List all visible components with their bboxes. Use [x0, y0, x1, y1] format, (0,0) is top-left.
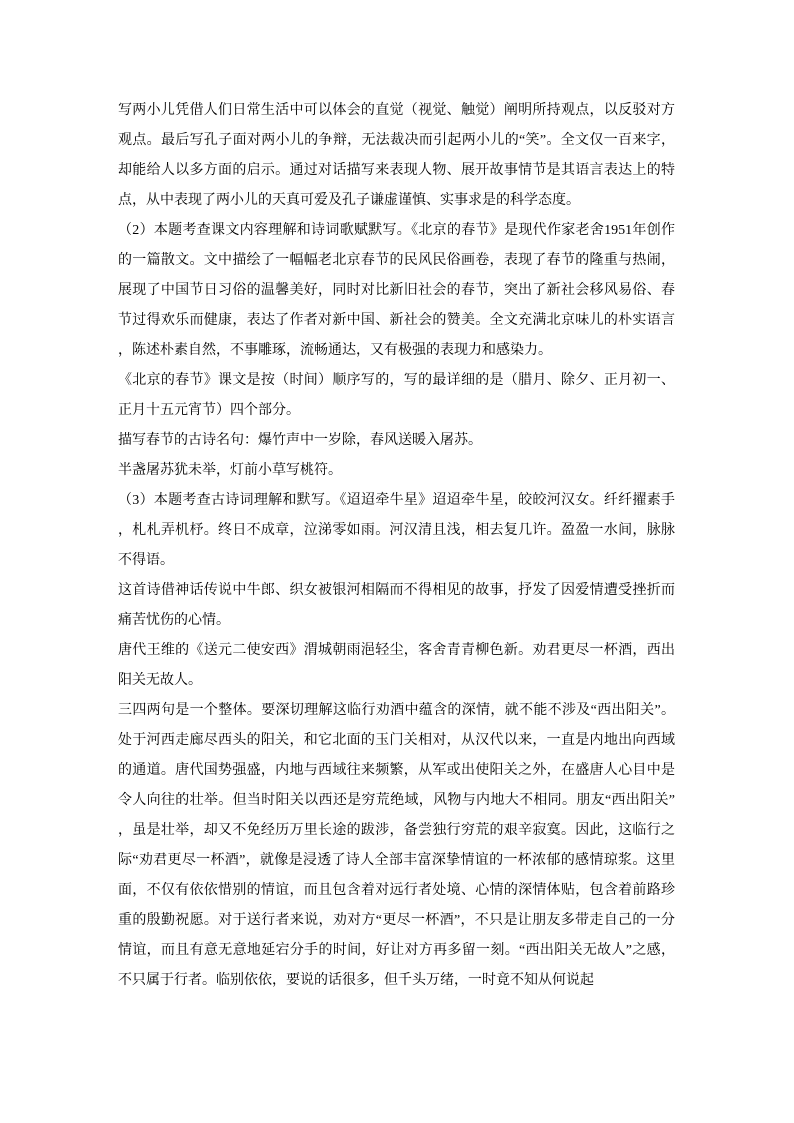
- paragraph-spring-festival-poem-line2: 半盏屠苏犹未举，灯前小草写桃符。: [118, 456, 675, 486]
- document-body: 写两小儿凭借人们日常生活中可以体会的直觉（视觉、触觉）阐明所持观点，以反驳对方观…: [118, 96, 675, 996]
- paragraph-q2-beijing-spring-festival: （2）本题考查课文内容理解和诗词歌赋默写。《北京的春节》是现代作家老舍1951年…: [118, 216, 675, 366]
- paragraph-two-children-analysis: 写两小儿凭借人们日常生活中可以体会的直觉（视觉、触觉）阐明所持观点，以反驳对方观…: [118, 96, 675, 216]
- paragraph-yangguan-analysis: 三四两句是一个整体。要深切理解这临行劝酒中蕴含的深情，就不能不涉及“西出阳关”。…: [118, 696, 675, 996]
- paragraph-q3-altair-poem: （3）本题考查古诗词理解和默写。《迢迢牵牛星》迢迢牵牛星，皎皎河汉女。纤纤擢素手…: [118, 486, 675, 576]
- paragraph-wangwei-poem: 唐代王维的《送元二使安西》渭城朝雨浥轻尘，客舍青青柳色新。劝君更尽一杯酒，西出阳…: [118, 636, 675, 696]
- paragraph-time-order-sections: 《北京的春节》课文是按（时间）顺序写的，写的最详细的是（腊月、除夕、正月初一、正…: [118, 366, 675, 426]
- paragraph-spring-festival-poem-line1: 描写春节的古诗名句：爆竹声中一岁除，春风送暖入屠苏。: [118, 426, 675, 456]
- paragraph-altair-poem-meaning: 这首诗借神话传说中牛郎、织女被银河相隔而不得相见的故事，抒发了因爱情遭受挫折而痛…: [118, 576, 675, 636]
- document-page: 写两小儿凭借人们日常生活中可以体会的直觉（视觉、触觉）阐明所持观点，以反驳对方观…: [0, 0, 794, 1123]
